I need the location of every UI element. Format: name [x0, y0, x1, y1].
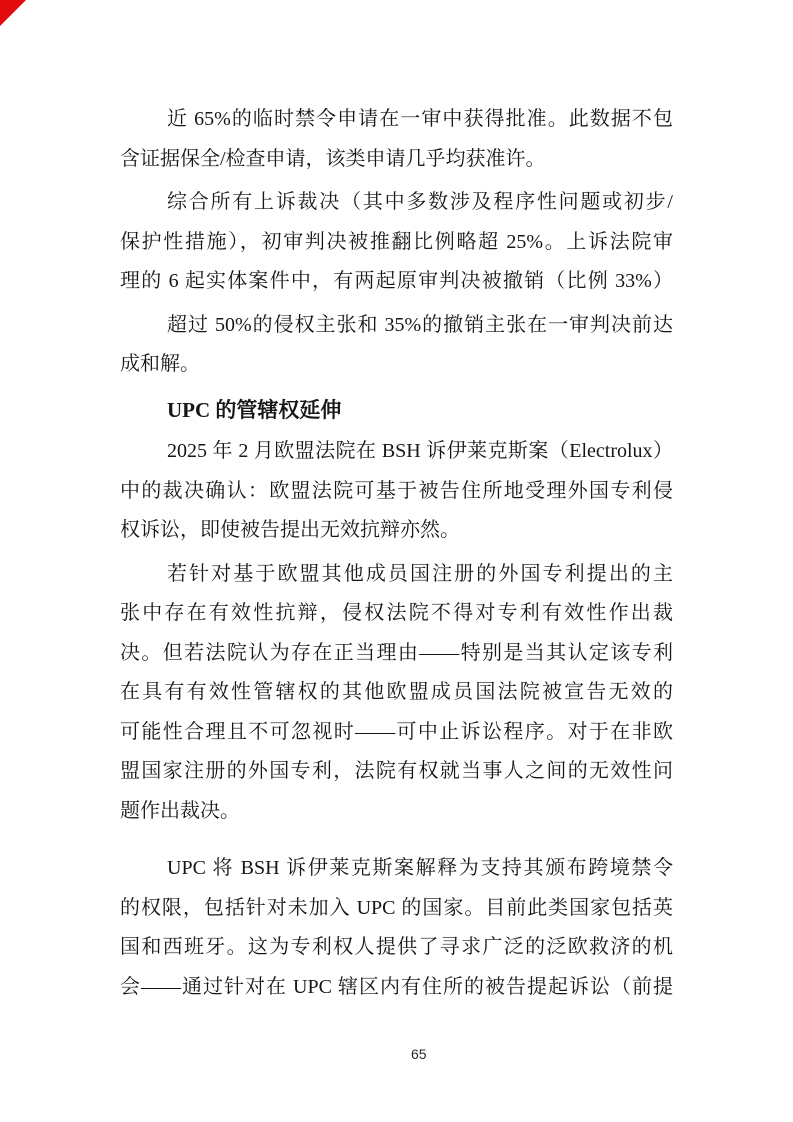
text-line: 题作出裁决。 [120, 792, 673, 832]
section-heading-upc-jurisdiction: UPC 的管辖权延伸 [120, 391, 673, 431]
text-line: 保护性措施），初审判决被推翻比例略超 25%。上诉法院审 [120, 223, 673, 263]
text-line: 在具有有效性管辖权的其他欧盟成员国法院被宣告无效的 [120, 673, 673, 713]
text-block: 近 65%的临时禁令申请在一审中获得批准。此数据不包含证据保全/检查申请，该类申… [120, 100, 673, 1007]
text-line: 中的裁决确认：欧盟法院可基于被告住所地受理外国专利侵 [120, 472, 673, 512]
text-line: 国和西班牙。这为专利权人提供了寻求广泛的泛欧救济的机 [120, 928, 673, 968]
text-line: 决。但若法院认为存在正当理由——特别是当其认定该专利 [120, 634, 673, 674]
text-line: 近 65%的临时禁令申请在一审中获得批准。此数据不包 [120, 100, 673, 140]
paragraph-settlements: 超过 50%的侵权主张和 35%的撤销主张在一审判决前达成和解。 [120, 306, 673, 385]
paragraph-cross-border-injunctions: UPC 将 BSH 诉伊莱克斯案解释为支持其颁布跨境禁令的权限，包括针对未加入 … [120, 849, 673, 1007]
text-line: 权诉讼，即使被告提出无效抗辩亦然。 [120, 511, 673, 551]
page-number: 65 [411, 1046, 427, 1062]
text-line: 的权限，包括针对未加入 UPC 的国家。目前此类国家包括英 [120, 889, 673, 929]
text-line: 理的 6 起实体案件中，有两起原审判决被撤销（比例 33%） [120, 262, 673, 302]
text-line: 盟国家注册的外国专利，法院有权就当事人之间的无效性问 [120, 752, 673, 792]
text-line: 2025 年 2 月欧盟法院在 BSH 诉伊莱克斯案（Electrolux） [120, 432, 673, 472]
text-line: 成和解。 [120, 345, 673, 385]
text-line: 张中存在有效性抗辩，侵权法院不得对专利有效性作出裁 [120, 594, 673, 634]
text-line: 会——通过针对在 UPC 辖区内有住所的被告提起诉讼（前提 [120, 968, 673, 1008]
paragraph-preliminary-injunctions: 近 65%的临时禁令申请在一审中获得批准。此数据不包含证据保全/检查申请，该类申… [120, 100, 673, 179]
paragraph-appeal-decisions: 综合所有上诉裁决（其中多数涉及程序性问题或初步/保护性措施），初审判决被推翻比例… [120, 183, 673, 302]
text-line: 综合所有上诉裁决（其中多数涉及程序性问题或初步/ [120, 183, 673, 223]
text-line: 超过 50%的侵权主张和 35%的撤销主张在一审判决前达 [120, 306, 673, 346]
red-corner-marker [0, 0, 26, 26]
text-line: 若针对基于欧盟其他成员国注册的外国专利提出的主 [120, 555, 673, 595]
text-line: 可能性合理且不可忽视时——可中止诉讼程序。对于在非欧 [120, 713, 673, 753]
document-page: 近 65%的临时禁令申请在一审中获得批准。此数据不包含证据保全/检查申请，该类申… [0, 0, 793, 1122]
paragraph-validity-defense: 若针对基于欧盟其他成员国注册的外国专利提出的主张中存在有效性抗辩，侵权法院不得对… [120, 555, 673, 832]
text-line: 含证据保全/检查申请，该类申请几乎均获准许。 [120, 140, 673, 180]
paragraph-bsh-electrolux-ruling: 2025 年 2 月欧盟法院在 BSH 诉伊莱克斯案（Electrolux）中的… [120, 432, 673, 551]
text-line: UPC 将 BSH 诉伊莱克斯案解释为支持其颁布跨境禁令 [120, 849, 673, 889]
